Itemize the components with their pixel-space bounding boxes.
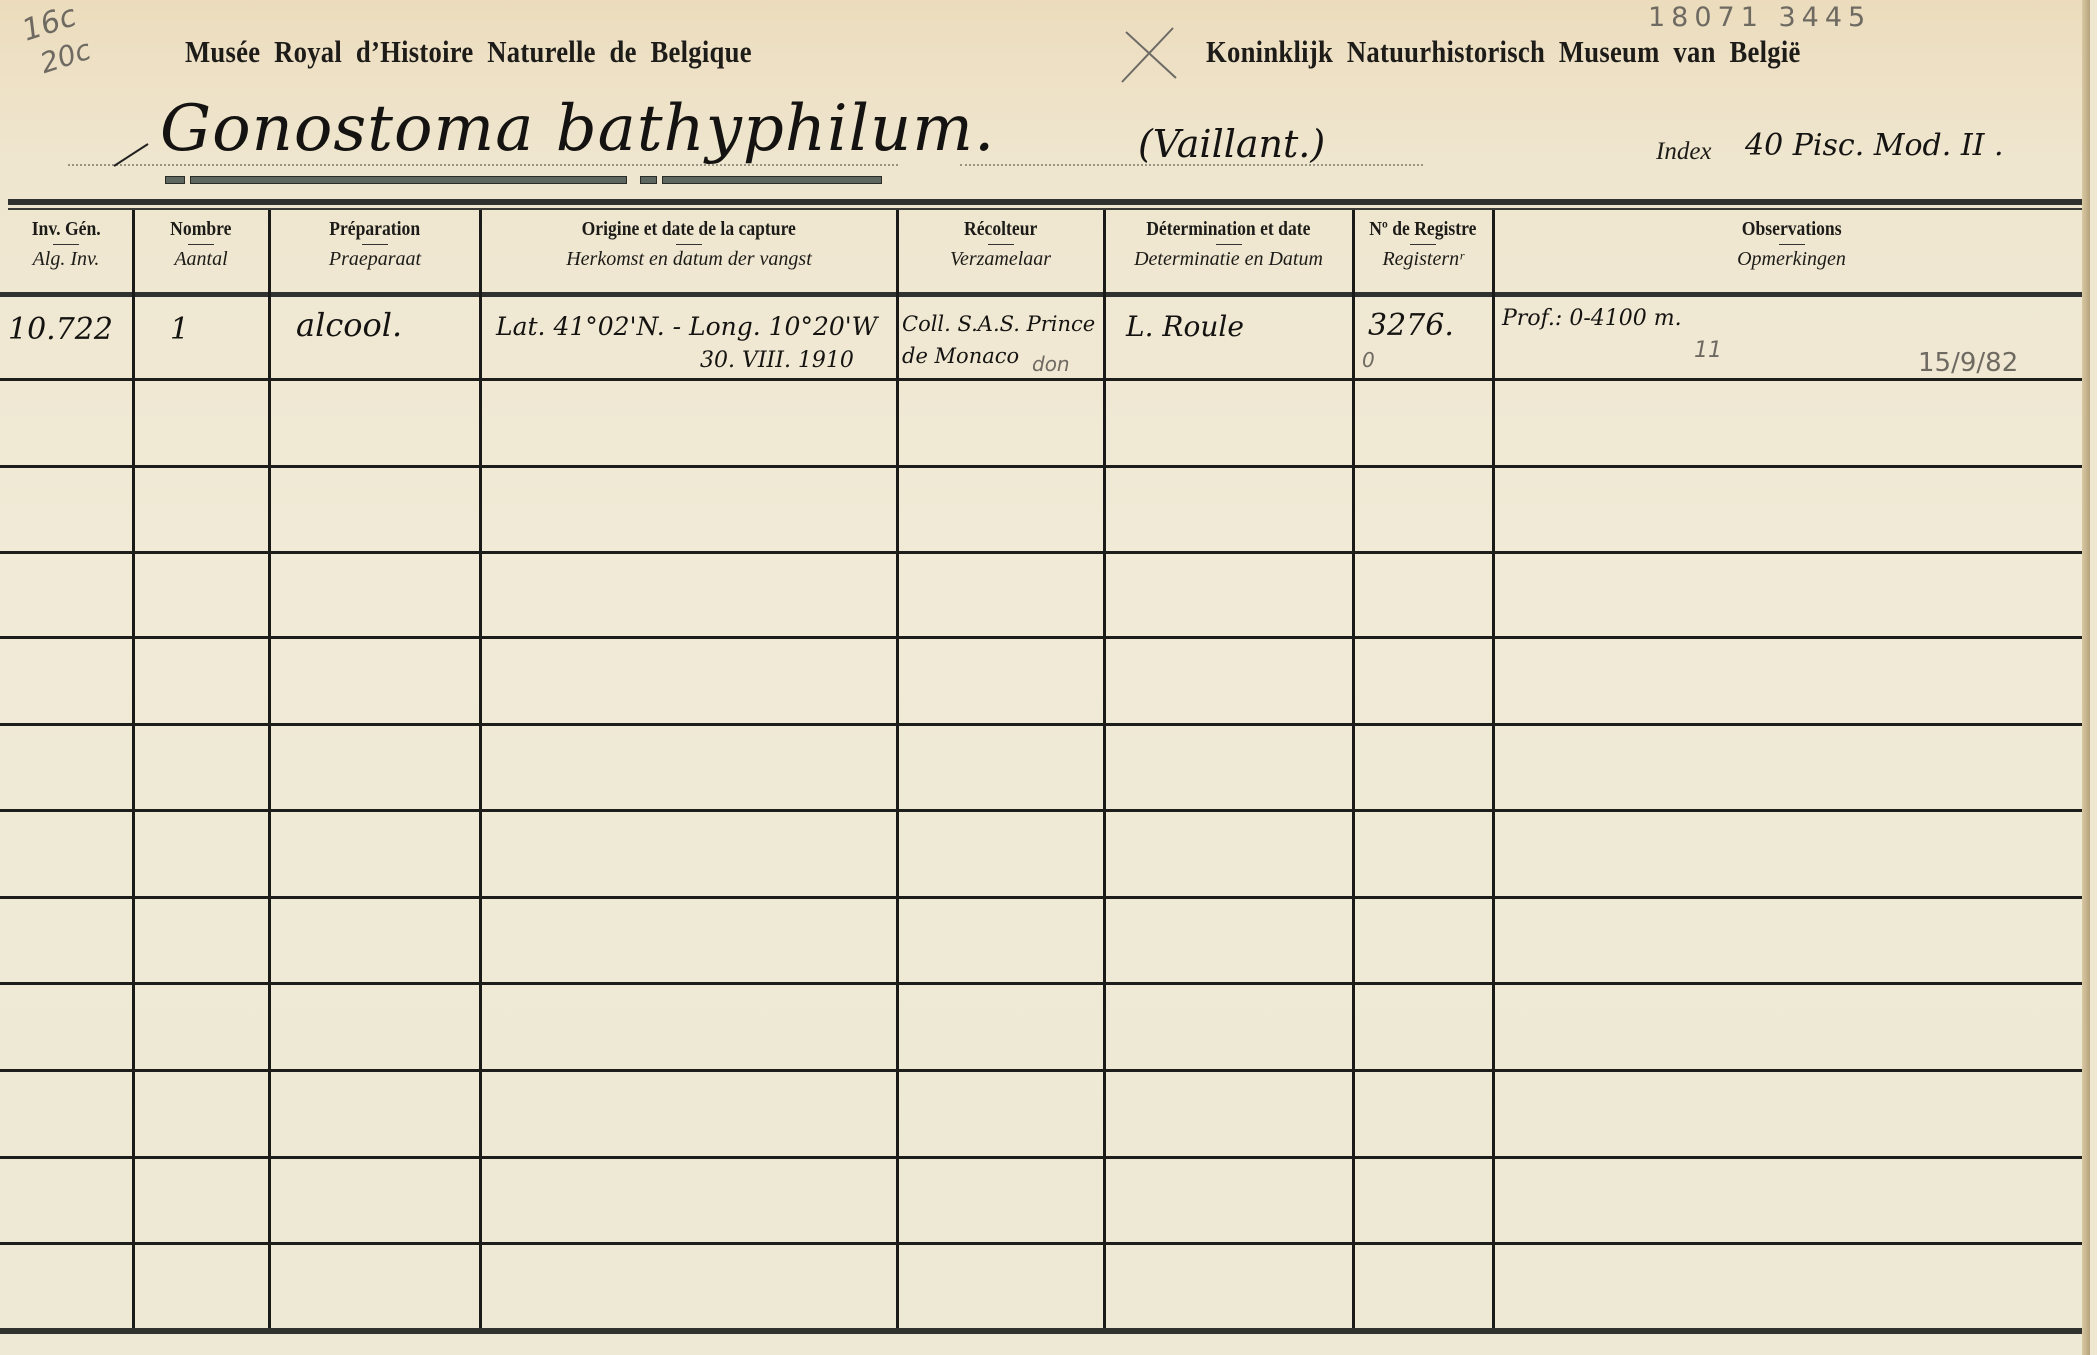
species-underline (165, 176, 185, 184)
cell-origine-line1: Lat. 41°02'N. - Long. 10°20'W (496, 312, 877, 341)
table-top-rule (8, 199, 2090, 205)
cell-inv: 10.722 (8, 312, 113, 347)
cell-determination: L. Roule (1126, 310, 1244, 343)
row-divider (0, 465, 2090, 468)
cell-nombre: 1 (170, 312, 189, 347)
species-underline (190, 176, 627, 184)
column-header-registre: Nº de RegistreRegisternʳ (1353, 214, 1493, 290)
row-divider (0, 723, 2090, 726)
species-underline (640, 176, 657, 184)
cell-recolteur-note: don (1032, 352, 1070, 376)
row-divider (0, 809, 2090, 812)
cell-observations: Prof.: 0-4100 m. (1502, 306, 1682, 331)
dash-mark-icon (112, 140, 152, 170)
species-author: (Vaillant.) (1138, 122, 1325, 166)
column-header-nombre: NombreAantal (133, 214, 269, 290)
header-bottom-rule (0, 292, 2090, 297)
cell-recolteur-line1: Coll. S.A.S. Prince (902, 312, 1095, 336)
column-header-inv: Inv. Gén.Alg. Inv. (0, 214, 132, 290)
row-divider (0, 1069, 2090, 1072)
species-name: Gonostoma bathyphilum. (160, 92, 995, 166)
column-header-recolteur: RécolteurVerzamelaar (897, 214, 1104, 290)
cell-preparation: alcool. (296, 306, 402, 344)
row-divider (0, 551, 2090, 554)
table-bottom-rule (0, 1328, 2090, 1334)
card-edge (2083, 0, 2090, 1355)
index-value: 40 Pisc. Mod. II . (1745, 128, 2004, 163)
cell-registre-note: 0 (1362, 348, 1375, 372)
species-underline (662, 176, 882, 184)
index-label: Index (1656, 138, 1712, 166)
row-divider (0, 378, 2090, 381)
row-divider (0, 1242, 2090, 1245)
margin-note-top-right: 18071 3445 (1648, 2, 1871, 33)
museum-title-fr: Musée Royal d’Histoire Naturelle de Belg… (185, 34, 752, 70)
row-divider (0, 1156, 2090, 1159)
column-header-determination: Détermination et dateDeterminatie en Dat… (1104, 214, 1353, 290)
row-divider (0, 636, 2090, 639)
cell-origine-line2: 30. VIII. 1910 (700, 348, 854, 373)
specimen-index-card: 16c 20c 18071 3445 Musée Royal d’Histoir… (0, 0, 2090, 1355)
cell-observations-mark: 11 (1694, 338, 1722, 363)
cell-registre: 3276. (1368, 308, 1454, 343)
table-top-rule-thin (8, 208, 2090, 210)
museum-title-nl: Koninklijk Natuurhistorisch Museum van B… (1206, 34, 1801, 70)
row-divider (0, 896, 2090, 899)
check-x-icon (1118, 26, 1180, 84)
row-divider (0, 982, 2090, 985)
column-header-preparation: PréparationPraeparaat (270, 214, 480, 290)
cell-observations-date: 15/9/82 (1918, 348, 2018, 378)
cell-recolteur-line2: de Monaco (902, 344, 1019, 368)
column-header-origine: Origine et date de la captureHerkomst en… (481, 214, 897, 290)
column-header-observations: ObservationsOpmerkingen (1493, 214, 2090, 290)
